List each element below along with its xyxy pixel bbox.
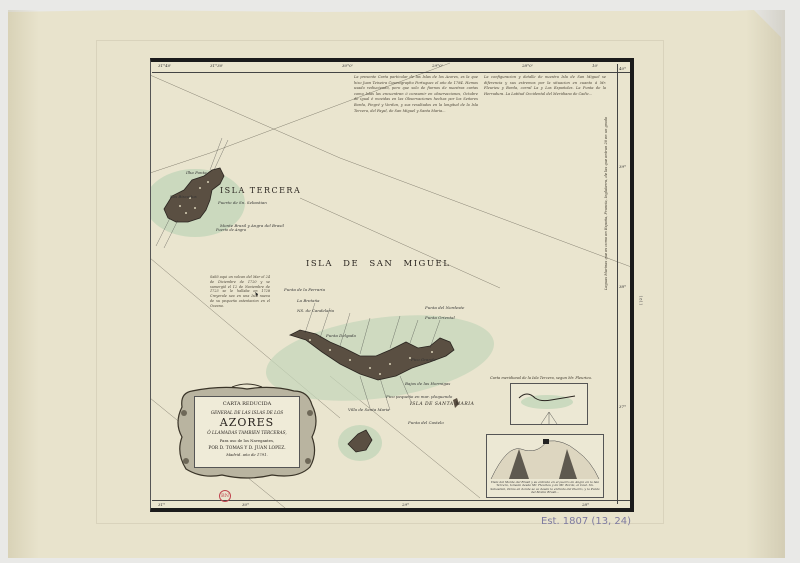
tick-label: 38° xyxy=(619,284,626,289)
place-label: Villa de Santa Maria xyxy=(348,407,390,412)
title-cartouche: CARTA REDUCIDA GENERAL DE LAS ISLAS DE L… xyxy=(172,383,322,483)
tick-label: 31°40' xyxy=(158,63,171,68)
library-stamp: BN xyxy=(219,490,231,502)
inset-view-graphic xyxy=(487,435,603,481)
place-label: Pico Grande xyxy=(411,357,436,362)
tick-label: 30° xyxy=(242,502,249,507)
cartouche-line: Ó LLAMADAS TAMBIEN TERCERAS, xyxy=(195,430,299,435)
place-label: La Bretaña xyxy=(297,298,319,303)
cartouche-line: Madrid. año de 1791. xyxy=(195,452,299,457)
cartouche-line: Para uso de los Navegantes, xyxy=(195,438,299,443)
cartouche-line: POR D. TOMAS Y D. JUAN LOPEZ. xyxy=(195,446,299,451)
tick-label: 40° xyxy=(619,66,626,71)
place-label: Punta de la Ferraria xyxy=(284,287,325,292)
tick-label: 37° xyxy=(619,404,626,409)
tick-label: 28°0' xyxy=(522,63,533,68)
place-label: NS. de Candelaria xyxy=(297,308,334,313)
text-column-1: La presente Carta particular de las Isla… xyxy=(354,75,478,265)
place-label: Punta Oriental xyxy=(425,315,455,320)
tick-label: 39° xyxy=(619,164,626,169)
inset-view-caption: Vista del Monte del Brasil y su entrada … xyxy=(489,481,601,495)
place-label: Punta Delgada xyxy=(326,333,356,338)
cartouche-line: CARTA REDUCIDA xyxy=(195,401,299,407)
top-longitude-scale: 31°40' 31°30' 30°0' 29°0' 28°0' 10' xyxy=(152,64,630,73)
place-label: Los Biscoitos xyxy=(170,194,197,199)
right-latitude-scale: 40° 39° 38° 37° xyxy=(617,64,630,504)
edge-mark: 1811 xyxy=(639,295,644,305)
volcano-note: Saliô aqui un volcan del Mar el 24 de Di… xyxy=(210,275,270,313)
inset-view-monte-brasil: Vista del Monte del Brasil y su entrada … xyxy=(486,434,604,498)
place-label: Puerto de Sn. Sebastian xyxy=(218,200,267,205)
league-scale-text: Leguas Marinas que es como en España, Fr… xyxy=(604,117,608,290)
cartouche-text: CARTA REDUCIDA GENERAL DE LAS ISLAS DE L… xyxy=(194,396,300,468)
tick-label: 29°0' xyxy=(432,63,443,68)
place-label: Bajos de las Hormigas xyxy=(405,381,450,386)
inset-map-angra xyxy=(510,383,588,425)
place-label: Punta del Nordeste xyxy=(425,305,464,310)
label-isla-tercera: ISLA TERCERA xyxy=(220,186,301,195)
place-label: Punta del Castelo xyxy=(408,420,444,425)
cartouche-line: GENERAL DE LAS ISLAS DE LOS xyxy=(195,410,299,415)
place-label: Puerto de Angra xyxy=(216,228,246,232)
tick-label: 30°0' xyxy=(342,63,353,68)
text-column-2: La configuracion y detalle de nuestra Is… xyxy=(484,75,606,367)
tick-label: 29° xyxy=(402,502,409,507)
tick-label: 28° xyxy=(582,502,589,507)
tick-label: 10' xyxy=(592,63,598,68)
label-isla-santa-maria: ISLA DE SANTA MARIA xyxy=(410,402,474,407)
inset-caption: Carta meridional de la Isla Tercera, seg… xyxy=(490,376,592,380)
catalog-note: Est. 1807 (13, 24) xyxy=(541,516,631,527)
place-label: Ilha Ponta xyxy=(186,170,207,175)
tick-label: 31°30' xyxy=(210,63,223,68)
place-label: Pico pequeño en mar. ploquendo xyxy=(386,394,452,399)
cartouche-title: AZORES xyxy=(195,416,299,429)
tick-label: 31° xyxy=(158,502,165,507)
inset-map-graphic xyxy=(511,384,587,424)
